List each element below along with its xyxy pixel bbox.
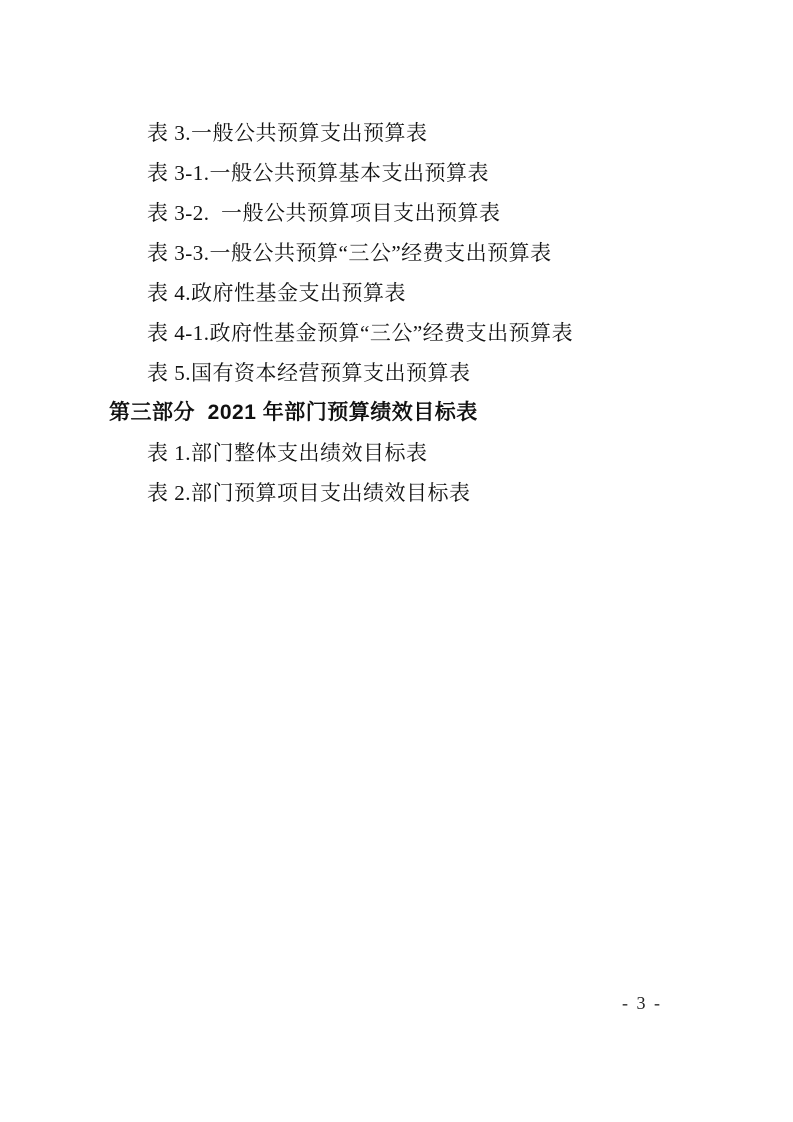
toc-item-table-5: 表 5.国有资本经营预算支出预算表 [0,353,793,393]
toc-item-table-3-3: 表 3-3.一般公共预算“三公”经费支出预算表 [0,233,793,273]
toc-item-table-3: 表 3.一般公共预算支出预算表 [0,113,793,153]
toc-item-table-2: 表 2.部门预算项目支出绩效目标表 [0,473,793,513]
page-number: - 3 - [622,993,662,1014]
toc-item-table-1: 表 1.部门整体支出绩效目标表 [0,433,793,473]
toc-content: 表 3.一般公共预算支出预算表 表 3-1.一般公共预算基本支出预算表 表 3-… [0,113,793,513]
toc-section-heading-part3: 第三部分 2021 年部门预算绩效目标表 [0,393,793,433]
toc-item-table-4: 表 4.政府性基金支出预算表 [0,273,793,313]
document-page: 表 3.一般公共预算支出预算表 表 3-1.一般公共预算基本支出预算表 表 3-… [0,0,793,1122]
toc-item-table-3-2: 表 3-2. 一般公共预算项目支出预算表 [0,193,793,233]
toc-item-table-4-1: 表 4-1.政府性基金预算“三公”经费支出预算表 [0,313,793,353]
toc-item-table-3-1: 表 3-1.一般公共预算基本支出预算表 [0,153,793,193]
